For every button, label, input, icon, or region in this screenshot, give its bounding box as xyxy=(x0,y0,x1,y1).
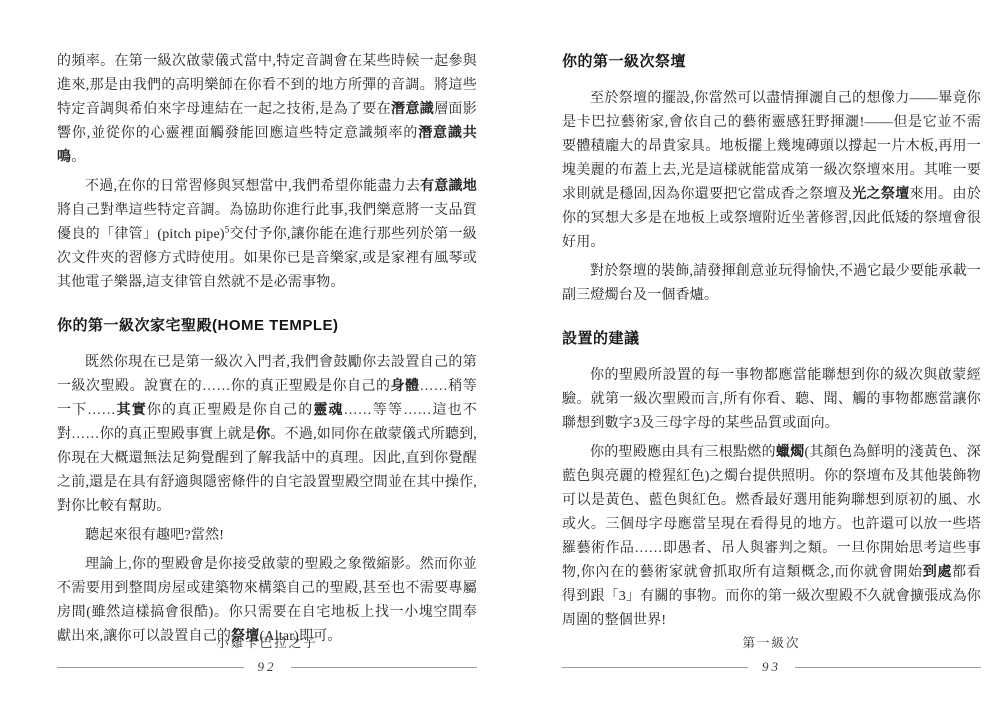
bold-term: 蠟燭 xyxy=(776,445,805,460)
paragraph: 對於祭壇的裝飾,請發揮創意並玩得愉快,不過它最少要能承載一副三燈燭台及一個香爐。 xyxy=(562,260,981,308)
page-right: 你的第一級次祭壇至於祭壇的擺設,你當然可以盡情揮灑自己的想像力——畢竟你是卡巴拉… xyxy=(562,50,981,675)
text-run: 你的聖殿應由具有三根點燃的 xyxy=(590,445,776,460)
rule-line-left xyxy=(562,667,748,668)
page-number: 92 xyxy=(258,659,277,675)
section-heading: 你的第一級次祭壇 xyxy=(562,50,981,74)
bold-term: 你 xyxy=(256,427,270,442)
bold-term: 其實 xyxy=(116,403,147,418)
section-heading: 設置的建議 xyxy=(562,327,981,351)
page-right-footer: 第一級次 93 xyxy=(562,633,981,675)
book-spread: 的頻率。在第一級次啟蒙儀式當中,特定音調會在某些時候一起參與進來,那是由我們的高… xyxy=(0,0,999,709)
paragraph: 你的聖殿所設置的每一事物都應當能聯想到你的級次與啟蒙經驗。就第一級次聖殿而言,所… xyxy=(562,364,981,436)
paragraph: 既然你現在已是第一級次入門者,我們會鼓勵你去設置自己的第一級次聖殿。說實在的……… xyxy=(57,351,477,519)
paragraph: 的頻率。在第一級次啟蒙儀式當中,特定音調會在某些時候一起參與進來,那是由我們的高… xyxy=(57,50,477,170)
paragraph: 至於祭壇的擺設,你當然可以盡情揮灑自己的想像力——畢竟你是卡巴拉藝術家,會依自己… xyxy=(562,87,981,255)
paragraph: 聽起來很有趣吧?當然! xyxy=(57,524,477,548)
page-number: 93 xyxy=(762,659,781,675)
page-left-text: 的頻率。在第一級次啟蒙儀式當中,特定音調會在某些時候一起參與進來,那是由我們的高… xyxy=(57,50,477,649)
page-number-rule: 93 xyxy=(562,659,981,675)
running-title: 第一級次 xyxy=(562,633,981,651)
section-heading: 你的第一級次家宅聖殿(HOME TEMPLE) xyxy=(57,314,477,338)
running-title: 小雞卡巴拉之子 xyxy=(57,633,477,651)
text-run: 對於祭壇的裝飾,請發揮創意並玩得愉快,不過它最少要能承載一副三燈燭台及一個香爐。 xyxy=(562,264,981,303)
text-run: 聽起來很有趣吧?當然! xyxy=(85,528,224,543)
bold-term: 光之祭壇 xyxy=(852,187,909,202)
bold-term: 到處 xyxy=(923,565,952,580)
text-run: 。 xyxy=(71,150,85,165)
bold-term: 潛意識 xyxy=(391,102,434,117)
text-run: 至於祭壇的擺設,你當然可以盡情揮灑自己的想像力——畢竟你是卡巴拉藝術家,會依自己… xyxy=(562,91,981,202)
bold-term: 身體 xyxy=(391,379,420,394)
text-run: 你的真正聖殿是你自己的 xyxy=(147,403,313,418)
text-run: 你的聖殿所設置的每一事物都應當能聯想到你的級次與啟蒙經驗。就第一級次聖殿而言,所… xyxy=(562,368,981,431)
text-run: 不過,在你的日常習修與冥想當中,我們希望你能盡力去 xyxy=(85,179,420,194)
bold-term: 靈魂 xyxy=(313,403,343,418)
page-right-text: 你的第一級次祭壇至於祭壇的擺設,你當然可以盡情揮灑自己的想像力——畢竟你是卡巴拉… xyxy=(562,50,981,633)
paragraph: 不過,在你的日常習修與冥想當中,我們希望你能盡力去有意識地將自己對準這些特定音調… xyxy=(57,175,477,295)
rule-line-left xyxy=(57,667,244,668)
text-run: (其顏色為鮮明的淺黃色、深藍色與亮麗的橙猩紅色)之燭台提供照明。你的祭壇布及其他… xyxy=(562,445,981,580)
rule-line-right xyxy=(795,667,981,668)
page-number-rule: 92 xyxy=(57,659,477,675)
page-left: 的頻率。在第一級次啟蒙儀式當中,特定音調會在某些時候一起參與進來,那是由我們的高… xyxy=(57,50,477,675)
paragraph: 你的聖殿應由具有三根點燃的蠟燭(其顏色為鮮明的淺黃色、深藍色與亮麗的橙猩紅色)之… xyxy=(562,441,981,633)
page-left-footer: 小雞卡巴拉之子 92 xyxy=(57,633,477,675)
rule-line-right xyxy=(291,667,478,668)
bold-term: 有意識地 xyxy=(420,179,477,194)
